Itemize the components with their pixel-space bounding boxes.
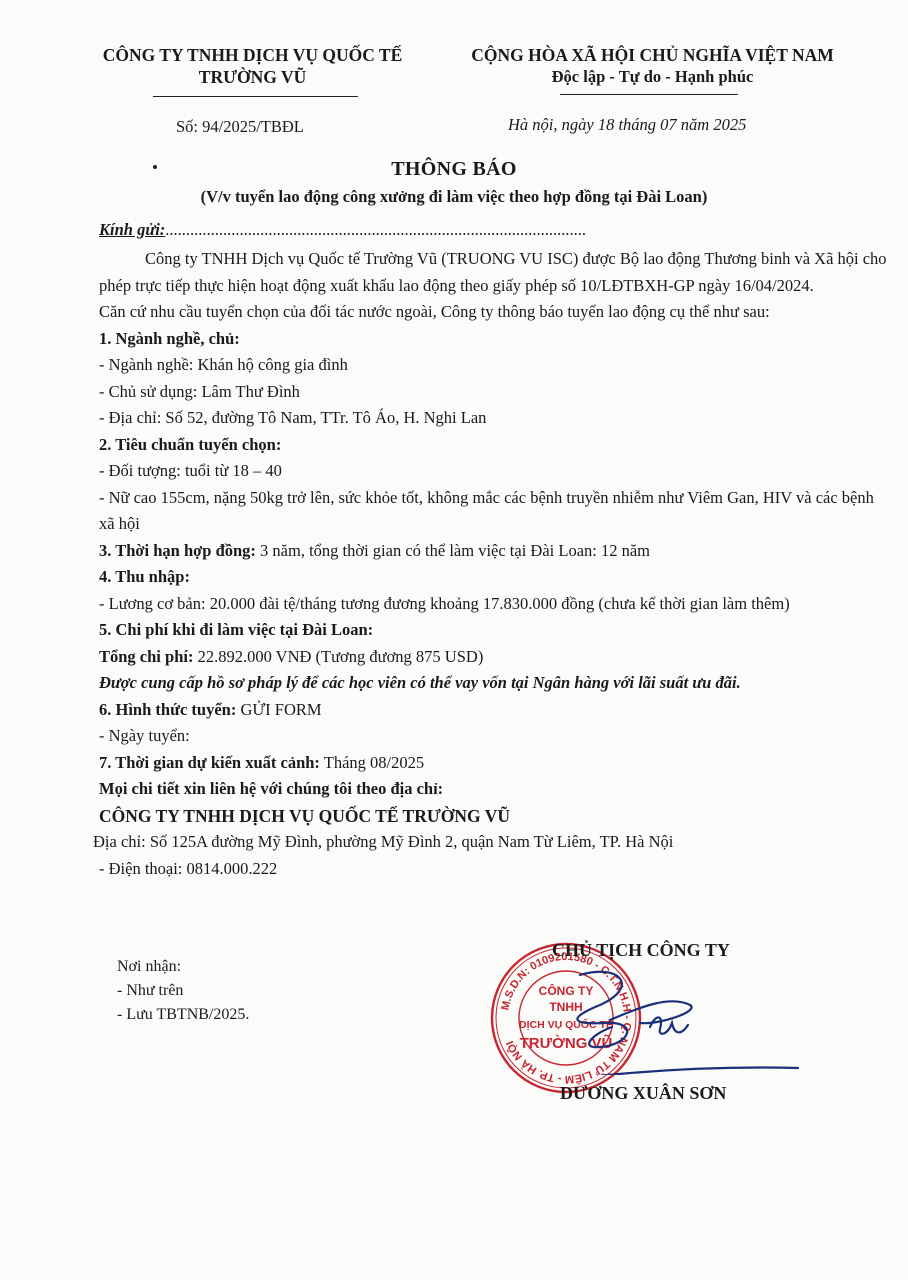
motto-underline <box>560 94 738 95</box>
document-title: THÔNG BÁO <box>0 158 908 181</box>
section-1-item: - Chủ sử dụng: Lâm Thư Đình <box>99 379 889 406</box>
section-2-heading: 2. Tiêu chuẩn tuyển chọn: <box>99 432 889 459</box>
document-body: Công ty TNHH Dịch vụ Quốc tế Trường Vũ (… <box>99 246 889 882</box>
section-6: 6. Hình thức tuyển: GỬI FORM <box>99 697 889 724</box>
recipient-item: - Lưu TBTNB/2025. <box>117 1003 249 1027</box>
section-2-item: - Nữ cao 155cm, nặng 50kg trở lên, sức k… <box>99 485 889 538</box>
issuer-underline <box>153 96 358 97</box>
document-date: Hà nội, ngày 18 tháng 07 năm 2025 <box>508 115 746 135</box>
section-6-item: - Ngày tuyển: <box>99 723 889 750</box>
signatory-title: CHỦ TỊCH CÔNG TY <box>552 940 730 961</box>
recipients-label: Nơi nhận: <box>117 955 249 979</box>
document-number: Số: 94/2025/TBĐL <box>176 117 304 137</box>
section-5-note: Được cung cấp hồ sơ pháp lý để các học v… <box>99 670 889 697</box>
handwritten-signature-icon <box>560 965 800 1075</box>
section-1-item: - Ngành nghề: Khán hộ công gia đình <box>99 352 889 379</box>
greeting-label: Kính gửi: <box>99 220 165 239</box>
section-5-total: Tổng chi phí: 22.892.000 VNĐ (Tương đươn… <box>99 644 889 671</box>
national-motto: Độc lập - Tự do - Hạnh phúc <box>450 66 855 88</box>
section-5-heading: 5. Chi phí khi đi làm việc tại Đài Loan: <box>99 617 889 644</box>
contact-company: CÔNG TY TNHH DỊCH VỤ QUỐC TẾ TRƯỜNG VŨ <box>99 803 889 830</box>
section-2-item: - Đối tượng: tuổi từ 18 – 40 <box>99 458 889 485</box>
contact-intro: Mọi chi tiết xin liên hệ với chúng tôi t… <box>99 776 889 803</box>
section-4-heading: 4. Thu nhập: <box>99 564 889 591</box>
greeting-line: Kính gửi:...............................… <box>99 220 586 240</box>
intro-paragraph: Công ty TNHH Dịch vụ Quốc tế Trường Vũ (… <box>99 246 889 299</box>
signatory-name: DƯƠNG XUÂN SƠN <box>560 1083 726 1104</box>
document-subtitle: (V/v tuyển lao động công xưởng đi làm vi… <box>0 187 908 207</box>
recipients-block: Nơi nhận: - Như trên - Lưu TBTNB/2025. <box>117 955 249 1027</box>
national-heading: CỘNG HÒA XÃ HỘI CHỦ NGHĨA VIỆT NAM Độc l… <box>450 44 855 88</box>
intro-basis: Căn cứ nhu cầu tuyển chọn của đối tác nư… <box>99 299 889 326</box>
issuer-company-name: CÔNG TY TNHH DỊCH VỤ QUỐC TẾ TRƯỜNG VŨ <box>80 44 425 88</box>
recipient-item: - Như trên <box>117 979 249 1003</box>
greeting-fill: ........................................… <box>165 220 586 239</box>
section-7: 7. Thời gian dự kiến xuất cảnh: Tháng 08… <box>99 750 889 777</box>
section-4-item: - Lương cơ bản: 20.000 đài tệ/tháng tươn… <box>99 591 889 618</box>
contact-phone: - Điện thoại: 0814.000.222 <box>99 856 889 883</box>
section-3: 3. Thời hạn hợp đồng: 3 năm, tổng thời g… <box>99 538 889 565</box>
section-1-item: - Địa chỉ: Số 52, đường Tô Nam, TTr. Tô … <box>99 405 889 432</box>
contact-address: Địa chỉ: Số 125A đường Mỹ Đình, phường M… <box>93 829 889 856</box>
section-1-heading: 1. Ngành nghề, chủ: <box>99 326 889 353</box>
nation-name: CỘNG HÒA XÃ HỘI CHỦ NGHĨA VIỆT NAM <box>450 44 855 66</box>
